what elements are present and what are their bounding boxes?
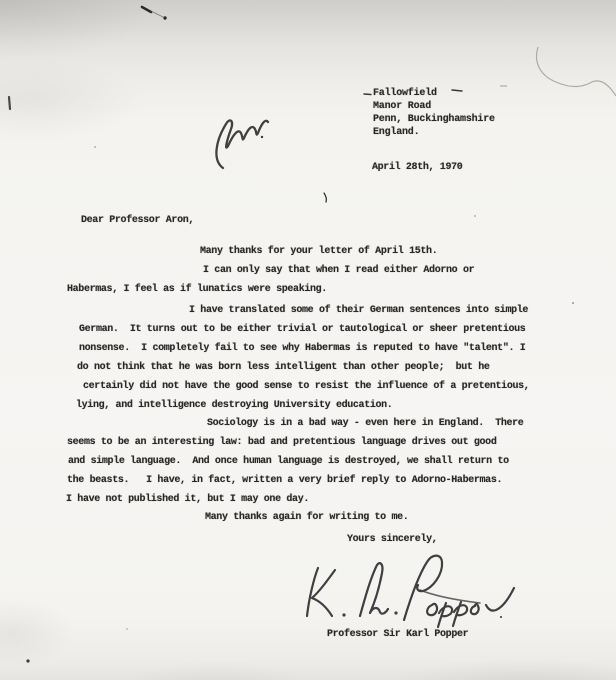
ink-mark bbox=[151, 11, 163, 17]
ink-mark bbox=[142, 7, 151, 12]
ink-speck bbox=[163, 16, 166, 19]
scan-artifacts-overlay bbox=[0, 0, 616, 680]
ink-speck bbox=[474, 215, 476, 217]
ink-speck bbox=[572, 302, 574, 304]
handwritten-dash bbox=[452, 90, 462, 91]
ink-speck bbox=[94, 146, 96, 148]
ink-speck bbox=[126, 628, 128, 630]
signature-autograph bbox=[307, 556, 514, 627]
scanned-letter-page: Fallowfield Manor Road Penn, Buckinghams… bbox=[0, 0, 616, 680]
ink-speck bbox=[500, 616, 502, 618]
ink-mark bbox=[324, 193, 326, 202]
ink-speck bbox=[26, 659, 29, 662]
handwritten-dash bbox=[364, 94, 371, 95]
ink-scribble bbox=[216, 120, 268, 168]
paper-crease-line bbox=[537, 47, 616, 96]
ink-speck bbox=[261, 136, 263, 138]
paper-edge-mark bbox=[9, 97, 10, 109]
